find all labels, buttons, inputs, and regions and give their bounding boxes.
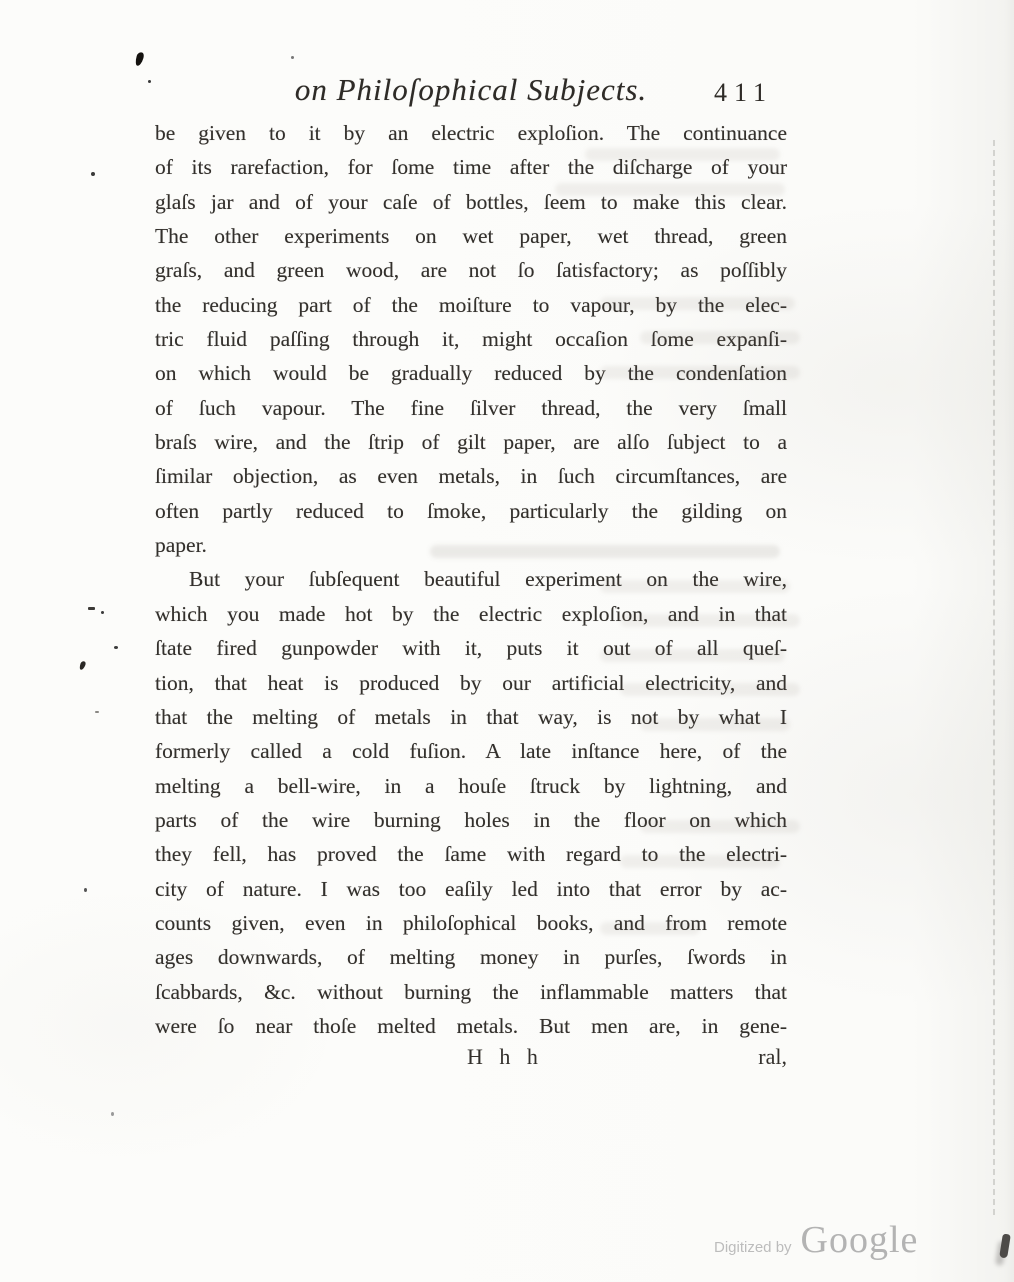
- running-header: on Philoſophical Subjects. 411: [155, 72, 787, 114]
- page-edge-mark: [999, 1234, 1011, 1259]
- ink-speck: [91, 172, 95, 176]
- text-line: were ſo near thoſe melted metals. But me…: [155, 1009, 787, 1043]
- text-line: melting a bell-wire, in a houſe ſtruck b…: [155, 769, 787, 803]
- text-line: be given to it by an electric exploſion.…: [155, 116, 787, 150]
- bleedthrough-smudge: [640, 718, 790, 731]
- bleedthrough-smudge: [585, 148, 780, 161]
- signature-row: H h h ral,: [155, 1040, 787, 1074]
- ink-speck: [148, 80, 151, 83]
- ink-speck: [95, 711, 99, 713]
- ink-speck: [111, 1112, 114, 1116]
- google-logo: Google: [801, 1218, 919, 1262]
- bleedthrough-smudge: [600, 922, 700, 935]
- text-line: ſcabbards, &c. without burning the infla…: [155, 975, 787, 1009]
- bleedthrough-smudge: [600, 366, 800, 379]
- bleedthrough-smudge: [620, 855, 780, 868]
- ink-speck: [291, 56, 294, 59]
- text-line: The other experiments on wet paper, wet …: [155, 219, 787, 253]
- text-line: ages downwards, of melting money in purſ…: [155, 940, 787, 974]
- bleedthrough-smudge: [640, 820, 800, 833]
- text-line: braſs wire, and the ſtrip of gilt paper,…: [155, 425, 787, 459]
- text-line: ſimilar objection, as even metals, in ſu…: [155, 459, 787, 493]
- paragraph: But your ſubſequent beautiful experiment…: [155, 562, 787, 1043]
- ink-speck: [88, 607, 95, 610]
- text-line: graſs, and green wood, are not ſo ſatisf…: [155, 253, 787, 287]
- bleedthrough-smudge: [600, 649, 785, 662]
- page-edge-crease: [993, 140, 995, 1215]
- text-line: of ſuch vapour. The fine ſilver thread, …: [155, 391, 787, 425]
- bleedthrough-smudge: [640, 331, 800, 344]
- text-line: formerly called a cold fuſion. A late in…: [155, 734, 787, 768]
- ink-mark: [134, 51, 145, 66]
- text-line: often partly reduced to ſmoke, particula…: [155, 494, 787, 528]
- ink-speck: [114, 646, 118, 649]
- bleedthrough-smudge: [430, 545, 780, 558]
- book-page-scan: on Philoſophical Subjects. 411 be given …: [0, 0, 1014, 1282]
- catchword: ral,: [758, 1040, 787, 1074]
- bleedthrough-smudge: [620, 614, 800, 627]
- bleedthrough-smudge: [600, 297, 795, 310]
- bleedthrough-smudge: [620, 683, 800, 696]
- signature-mark: H h h: [467, 1040, 539, 1074]
- bleedthrough-smudge: [555, 183, 785, 196]
- watermark: Digitized by Google: [714, 1218, 918, 1262]
- watermark-prefix: Digitized by: [714, 1239, 792, 1256]
- text-line: city of nature. I was too eaſily led int…: [155, 872, 787, 906]
- ink-speck: [101, 611, 104, 614]
- page-number: 411: [714, 78, 773, 108]
- header-title: on Philoſophical Subjects.: [155, 72, 787, 108]
- ink-speck: [84, 888, 87, 892]
- bleedthrough-smudge: [600, 580, 790, 593]
- ink-mark: [79, 660, 87, 670]
